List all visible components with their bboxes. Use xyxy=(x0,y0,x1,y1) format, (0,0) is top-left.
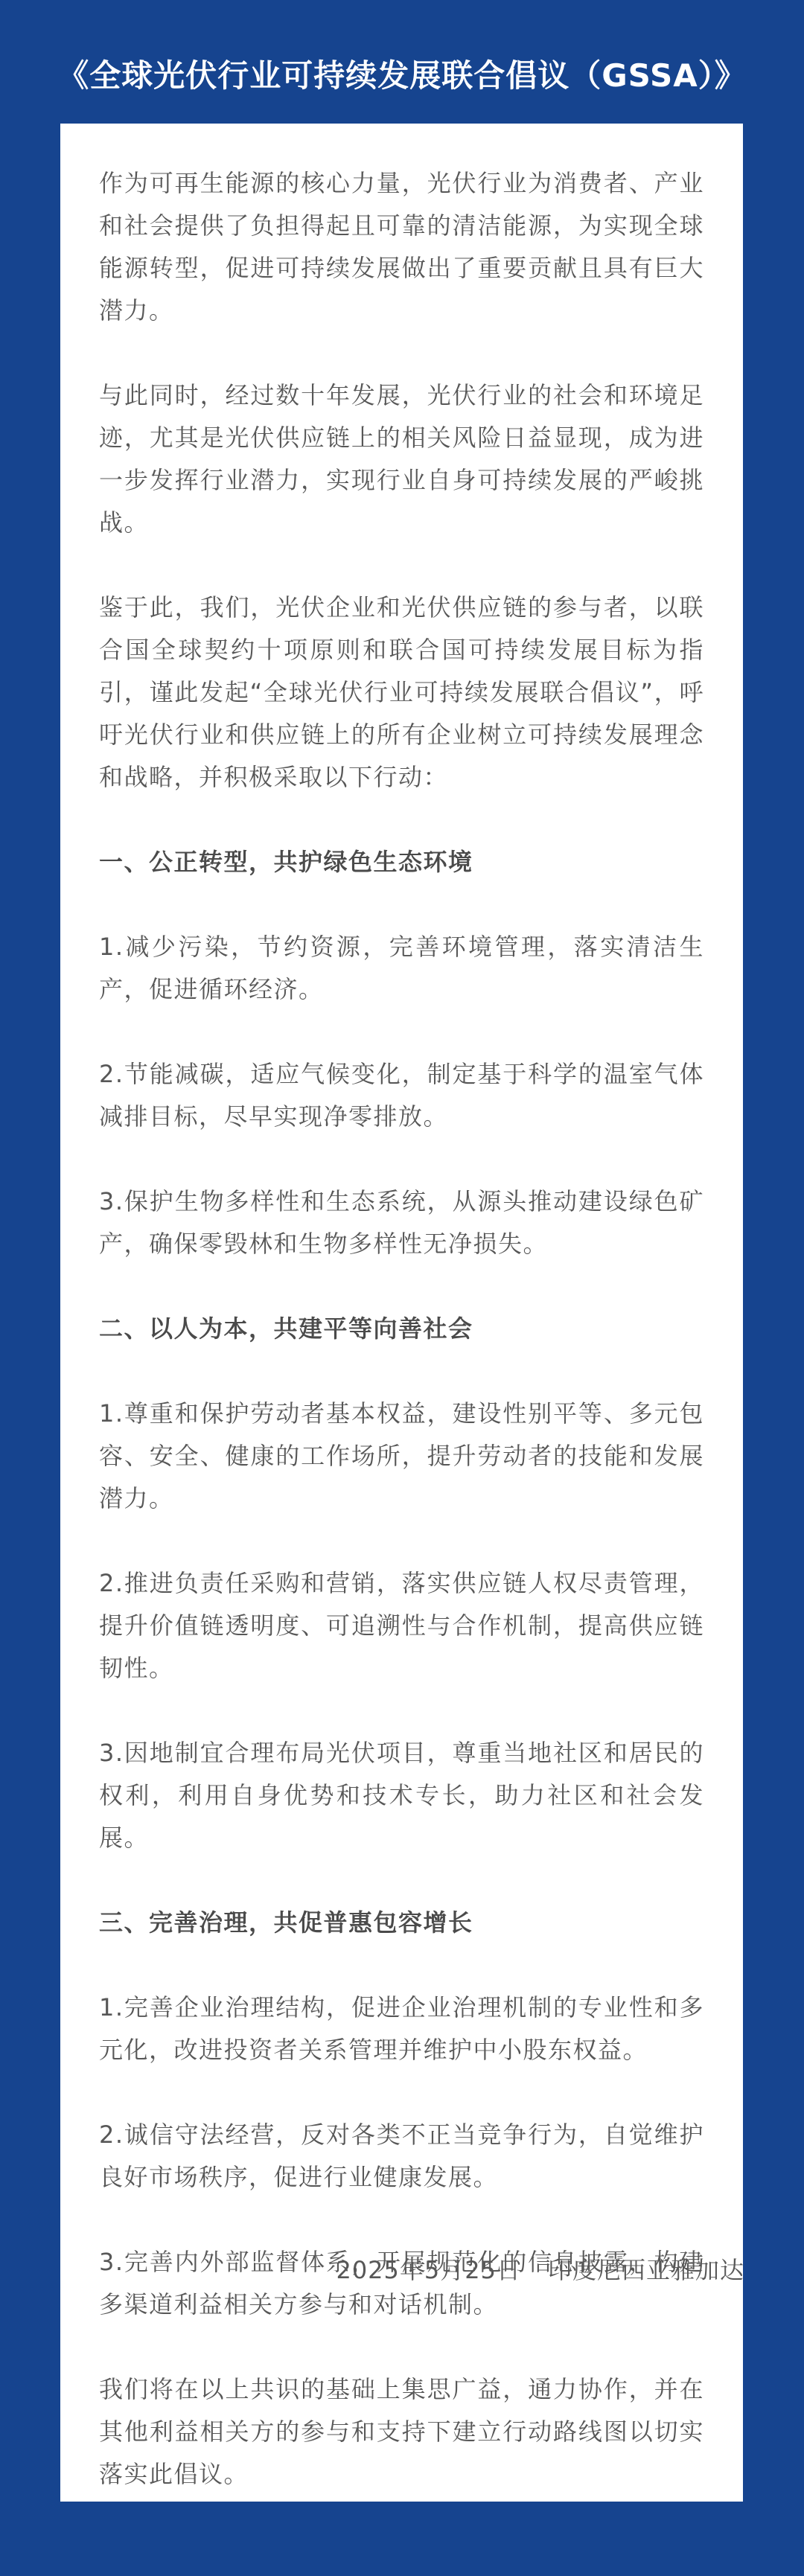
page-title: 《全球光伏行业可持续发展联合倡议（GSSA）》 xyxy=(0,54,804,98)
section-item: 1.完善企业治理结构，促进企业治理机制的专业性和多元化，改进投资者关系管理并维护… xyxy=(99,1987,704,2071)
section-heading: 三、完善治理，共促普惠包容增长 xyxy=(99,1902,704,1944)
section-society: 二、以人为本，共建平等向善社会 1.尊重和保护劳动者基本权益，建设性别平等、多元… xyxy=(99,1308,704,1859)
section-item: 1.减少污染，节约资源，完善环境管理，落实清洁生产，促进循环经济。 xyxy=(99,926,704,1011)
section-item: 2.节能减碳，适应气候变化，制定基于科学的温室气体减排目标，尽早实现净零排放。 xyxy=(99,1053,704,1138)
intro-paragraph-3: 鉴于此，我们，光伏企业和光伏供应链的参与者，以联合国全球契约十项原则和联合国可持… xyxy=(99,587,704,799)
closing-paragraph: 我们将在以上共识的基础上集思广益，通力协作，并在其他利益相关方的参与和支持下建立… xyxy=(99,2368,704,2496)
signature-location: 印度尼西亚雅加达 xyxy=(548,2256,744,2284)
intro-paragraph-1: 作为可再生能源的核心力量，光伏行业为消费者、产业和社会提供了负担得起且可靠的清洁… xyxy=(99,162,704,332)
section-item: 2.诚信守法经营，反对各类不正当竞争行为，自觉维护良好市场秩序，促进行业健康发展… xyxy=(99,2114,704,2199)
signature-date: 2025年5月25日 xyxy=(336,2256,521,2284)
section-item: 1.尊重和保护劳动者基本权益，建设性别平等、多元包容、安全、健康的工作场所，提升… xyxy=(99,1393,704,1520)
section-heading: 二、以人为本，共建平等向善社会 xyxy=(99,1308,704,1350)
intro-paragraph-2: 与此同时，经过数十年发展，光伏行业的社会和环境足迹，尤其是光伏供应链上的相关风险… xyxy=(99,374,704,544)
document-card: 作为可再生能源的核心力量，光伏行业为消费者、产业和社会提供了负担得起且可靠的清洁… xyxy=(60,124,743,2502)
section-item: 3.保护生物多样性和生态系统，从源头推动建设绿色矿产，确保零毁林和生物多样性无净… xyxy=(99,1180,704,1265)
signature: 2025年5月25日印度尼西亚雅加达 xyxy=(336,2249,744,2292)
section-heading: 一、公正转型，共护绿色生态环境 xyxy=(99,841,704,883)
section-item: 2.推进负责任采购和营销，落实供应链人权尽责管理，提升价值链透明度、可追溯性与合… xyxy=(99,1562,704,1690)
section-item: 3.因地制宜合理布局光伏项目，尊重当地社区和居民的权利，利用自身优势和技术专长，… xyxy=(99,1732,704,1859)
section-environment: 一、公正转型，共护绿色生态环境 1.减少污染，节约资源，完善环境管理，落实清洁生… xyxy=(99,841,704,1265)
